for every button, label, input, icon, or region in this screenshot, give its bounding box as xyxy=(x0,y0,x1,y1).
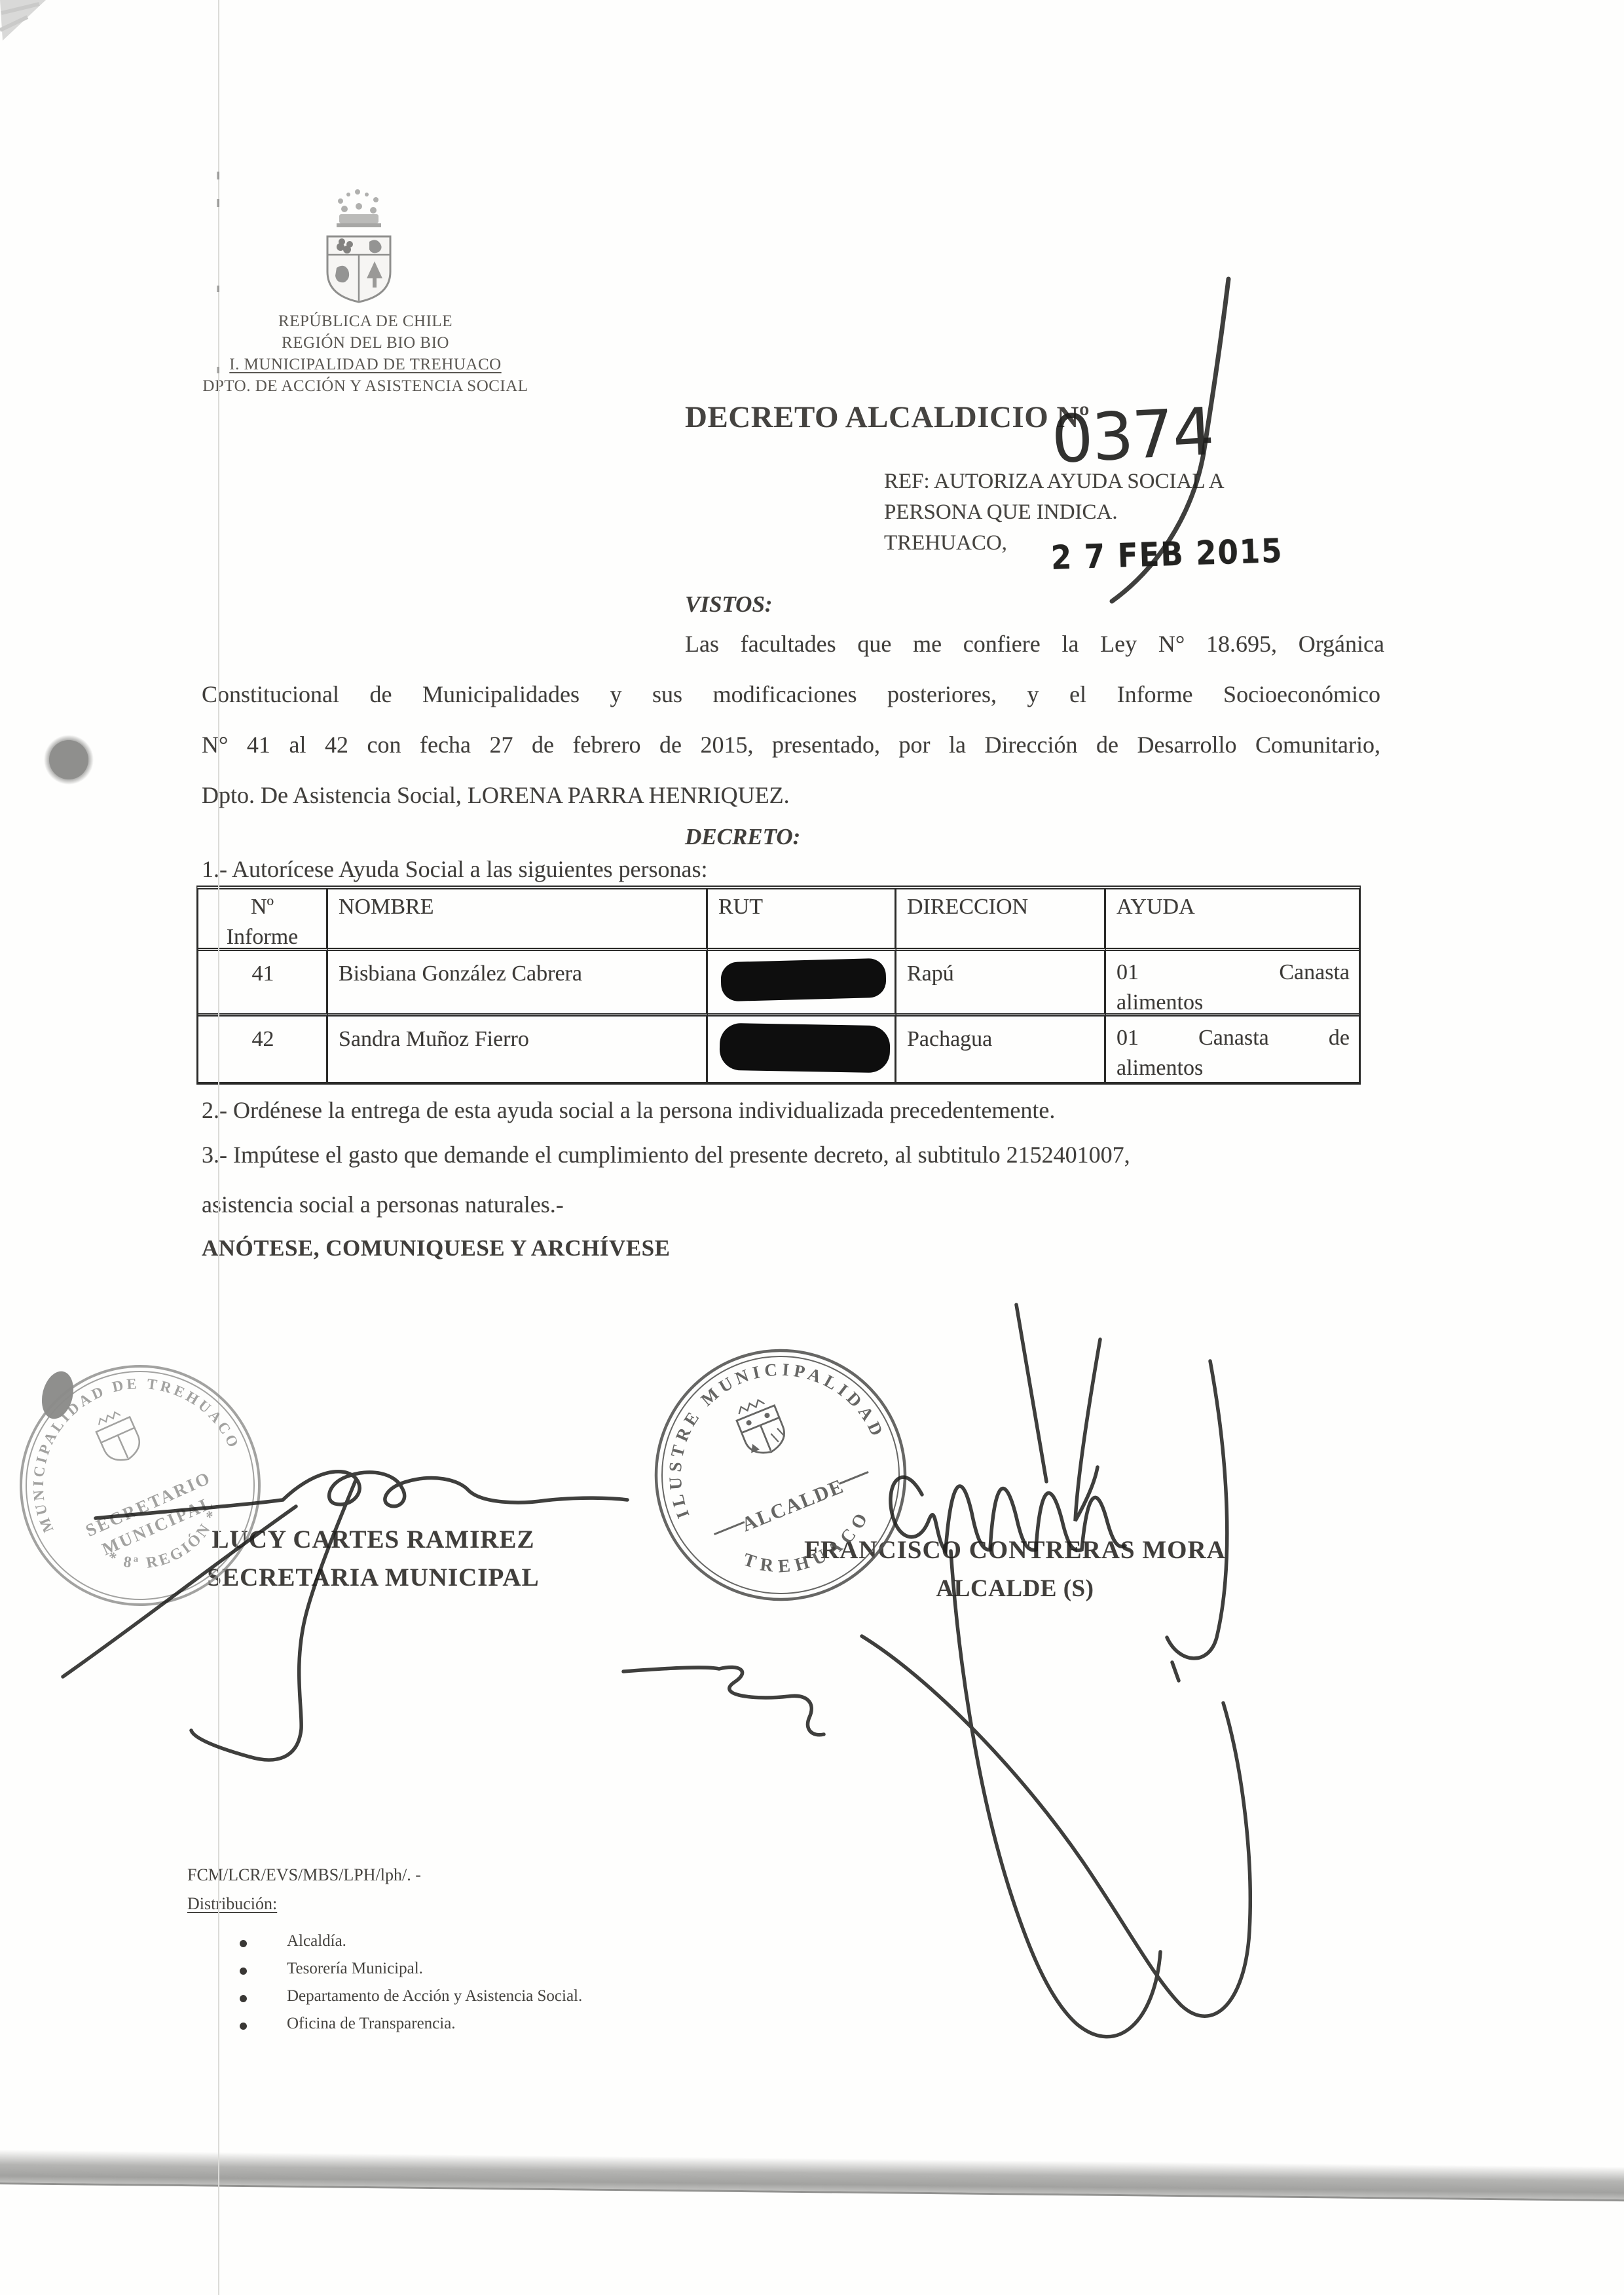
secretary-title: SECRETARIA MUNICIPAL xyxy=(183,1563,563,1592)
letterhead-region: REGIÓN DEL BIO BIO xyxy=(189,332,542,354)
rut-redaction-box xyxy=(719,1023,890,1073)
decreto-item-1: 1.- Autorícese Ayuda Social a las siguie… xyxy=(202,855,708,883)
table-row-cell-nombre: Sandra Muñoz Fierro xyxy=(328,1017,708,1082)
rut-redaction-box xyxy=(720,958,886,1002)
col-header-direccion: DIRECCION xyxy=(896,889,1106,951)
bullet-icon xyxy=(240,1940,247,1947)
vistos-line-3: N° 41 al 42 con fecha 27 de febrero de 2… xyxy=(202,731,1380,758)
svg-text:ILUSTRE MUNICIPALIDAD: ILUSTRE MUNICIPALIDAD xyxy=(631,1324,889,1521)
table-row-cell-informe: 41 xyxy=(198,951,328,1017)
crest-shield xyxy=(327,236,390,302)
vistos-line-2: Constitucional de Municipalidades y sus … xyxy=(202,681,1380,708)
ayuda-line-2: alimentos xyxy=(1116,988,1350,1018)
mayor-name: FRANCISCO CONTRERAS MORA xyxy=(789,1535,1241,1565)
ayuda-line-1: 01 Canasta de xyxy=(1116,1023,1350,1053)
table-row-cell-ayuda: 01 Canasta de alimentos xyxy=(1106,1017,1359,1082)
mayor-signature xyxy=(623,1305,1250,2037)
ayuda-word: de xyxy=(1329,1023,1350,1053)
crest-quarter-animal1 xyxy=(369,240,382,253)
table-row-cell-informe: 42 xyxy=(198,1017,328,1082)
vistos-heading: VISTOS: xyxy=(685,591,773,618)
svg-text:MUNICIPALIDAD DE TREHUACO: MUNICIPALIDAD DE TREHUACO xyxy=(0,1340,243,1535)
distribution-label: Distribución: xyxy=(187,1894,277,1914)
col-header-informe-line2: Informe xyxy=(201,922,323,952)
letterhead-department: DPTO. DE ACCIÓN Y ASISTENCIA SOCIAL xyxy=(189,375,542,397)
distribution-item: Tesorería Municipal. xyxy=(287,1960,423,1978)
secretary-stamp: MUNICIPALIDAD DE TREHUACO * 8ª REGIÓN * … xyxy=(0,1328,297,1643)
letterhead-country: REPÚBLICA DE CHILE xyxy=(189,310,542,332)
punch-hole-artifact-core xyxy=(49,740,88,779)
mayor-stamp-role: ALCALDE xyxy=(738,1474,847,1536)
col-header-ayuda: AYUDA xyxy=(1106,889,1359,951)
col-header-informe: Nº Informe xyxy=(198,889,328,951)
crest-crown xyxy=(337,189,381,227)
ref-line-2: PERSONA QUE INDICA. xyxy=(884,497,1118,528)
ayuda-line-2: alimentos xyxy=(1116,1053,1350,1083)
mayor-stamp-ring-text: ILUSTRE MUNICIPALIDAD xyxy=(631,1324,889,1521)
table-row-cell-direccion: Rapú xyxy=(896,951,1106,1017)
distribution-item: Departamento de Acción y Asistencia Soci… xyxy=(287,1987,582,2006)
bullet-icon xyxy=(240,1968,247,1975)
col-header-informe-line1: Nº xyxy=(201,892,323,922)
mayor-stamp-shield xyxy=(733,1395,790,1459)
ref-place: TREHUACO, xyxy=(884,528,1007,559)
decreto-item-3-line1: 3.- Impútese el gasto que demande el cum… xyxy=(202,1141,1130,1168)
date-stamp: 2 7 FEB 2015 xyxy=(1050,531,1283,577)
table-row-cell-rut xyxy=(708,951,896,1017)
corner-smudge xyxy=(0,0,46,41)
bullet-icon xyxy=(240,2023,247,2030)
secretary-name: LUCY CARTES RAMIREZ xyxy=(190,1525,557,1554)
ayuda-word: Canasta xyxy=(1279,958,1350,988)
secretary-signature xyxy=(63,1472,627,1760)
vistos-line-1: Las facultades que me confiere la Ley N°… xyxy=(685,630,1384,658)
table-row-cell-direccion: Pachagua xyxy=(896,1017,1106,1082)
decree-title: DECRETO ALCALDICIO Nº xyxy=(685,400,1090,435)
document-page: { "header": { "line1": "REPÚBLICA DE CHI… xyxy=(0,0,1624,2295)
ayuda-word: 01 xyxy=(1116,1023,1139,1053)
vistos-line-4: Dpto. De Asistencia Social, LORENA PARRA… xyxy=(202,781,790,809)
crest-quarter-tree xyxy=(367,261,382,288)
decreto-heading: DECRETO: xyxy=(685,824,800,850)
col-header-nombre: NOMBRE xyxy=(328,889,708,951)
col-header-rut: RUT xyxy=(708,889,896,951)
ayuda-word: Canasta xyxy=(1198,1023,1269,1053)
letterhead: REPÚBLICA DE CHILE REGIÓN DEL BIO BIO I.… xyxy=(189,310,542,397)
decreto-item-3-line2: asistencia social a personas naturales.- xyxy=(202,1191,564,1218)
bullet-icon xyxy=(240,1995,247,2002)
table-row-cell-rut xyxy=(708,1017,896,1082)
crest-quarter-grapes xyxy=(337,238,353,253)
table-row-cell-ayuda: 01 Canasta alimentos xyxy=(1106,951,1359,1017)
ayuda-word: 01 xyxy=(1116,958,1139,988)
responsibility-initials: FCM/LCR/EVS/MBS/LPH/lph/. - xyxy=(187,1865,421,1885)
decreto-item-2: 2.- Ordénese la entrega de esta ayuda so… xyxy=(202,1096,1055,1124)
table-row-cell-nombre: Bisbiana González Cabrera xyxy=(328,951,708,1017)
aid-table: Nº Informe NOMBRE RUT DIRECCION AYUDA 41… xyxy=(196,886,1361,1085)
mayor-title: ALCALDE (S) xyxy=(789,1575,1241,1603)
punch-hole-artifact xyxy=(44,735,94,785)
closing-order: ANÓTESE, COMUNIQUESE Y ARCHÍVESE xyxy=(202,1235,671,1261)
gray-blob-artifact xyxy=(37,1368,79,1423)
letterhead-municipality: I. MUNICIPALIDAD DE TREHUACO xyxy=(189,354,542,375)
scanner-shadow-band xyxy=(0,2150,1624,2201)
distribution-item: Oficina de Transparencia. xyxy=(287,2015,456,2033)
municipal-crest xyxy=(327,189,390,302)
ayuda-line-1: 01 Canasta xyxy=(1116,958,1350,988)
secretary-stamp-shield xyxy=(92,1408,145,1466)
crest-quarter-animal2 xyxy=(335,266,349,282)
distribution-item: Alcaldía. xyxy=(287,1932,346,1950)
ref-line-1: REF: AUTORIZA AYUDA SOCIAL A xyxy=(884,466,1225,497)
secretary-stamp-ring-text: MUNICIPALIDAD DE TREHUACO xyxy=(0,1340,243,1535)
